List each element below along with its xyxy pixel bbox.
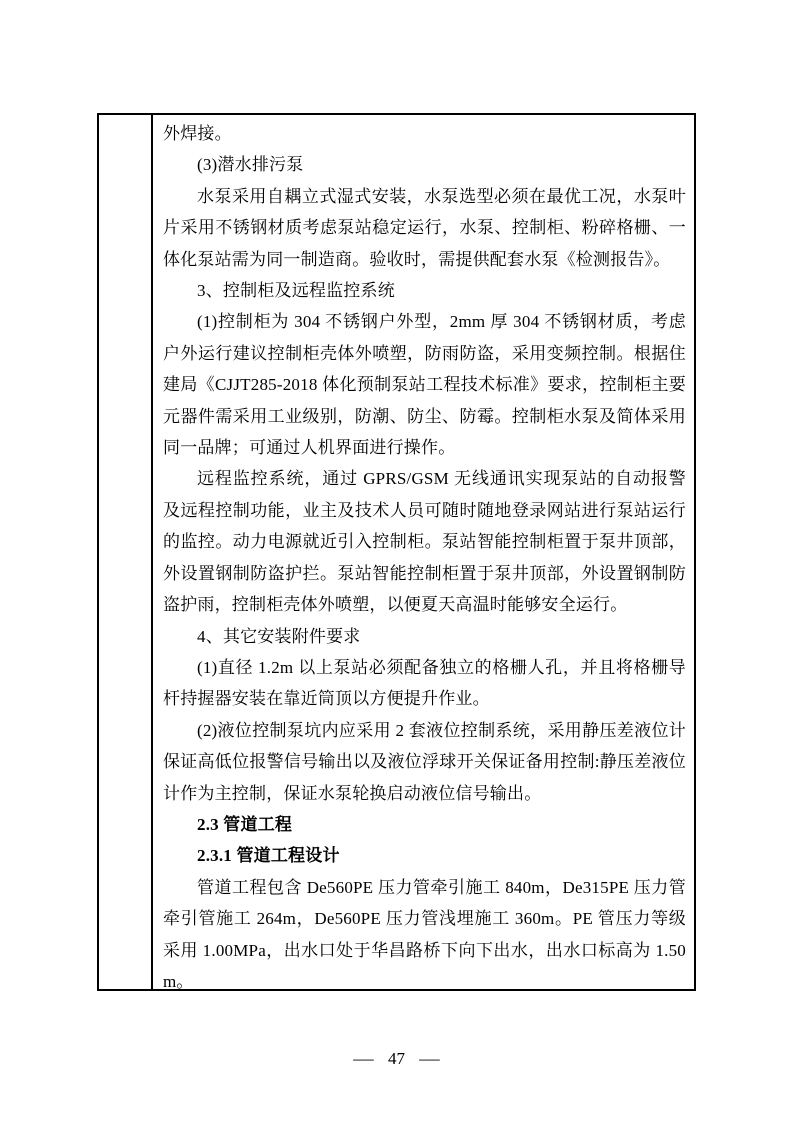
paragraph: 3、控制柜及远程监控系统 — [163, 275, 686, 306]
page: { "page": { "background": "#ffffff", "te… — [0, 0, 793, 1122]
table-content-cell: 外焊接。(3)潜水排污泵水泵采用自耦立式湿式安装，水泵选型必须在最优工况，水泵叶… — [153, 115, 694, 989]
page-footer: — 47 — — [0, 1049, 793, 1069]
paragraph: 2.3.1 管道工程设计 — [163, 840, 686, 871]
paragraph: (2)液位控制泵坑内应采用 2 套液位控制系统，采用静压差液位计保证高低位报警信… — [163, 715, 686, 809]
paragraph: 远程监控系统，通过 GPRS/GSM 无线通讯实现泵站的自动报警及远程控制功能，… — [163, 463, 686, 620]
document-table: 外焊接。(3)潜水排污泵水泵采用自耦立式湿式安装，水泵选型必须在最优工况，水泵叶… — [97, 113, 696, 991]
paragraph: (1)控制柜为 304 不锈钢户外型，2mm 厚 304 不锈钢材质，考虑户外运… — [163, 306, 686, 463]
paragraph: 管道工程包含 De560PE 压力管牵引施工 840m，De315PE 压力管牵… — [163, 872, 686, 989]
footer-dash-right: — — [419, 1049, 439, 1069]
paragraph: 水泵采用自耦立式湿式安装，水泵选型必须在最优工况，水泵叶片采用不锈钢材质考虑泵站… — [163, 181, 686, 275]
footer-dash-left: — — [353, 1049, 373, 1069]
paragraph: 2.3 管道工程 — [163, 809, 686, 840]
paragraph: (3)潜水排污泵 — [163, 149, 686, 180]
paragraph: 外焊接。 — [163, 118, 686, 149]
page-number: 47 — [388, 1049, 405, 1069]
paragraph: (1)直径 1.2m 以上泵站必须配备独立的格栅人孔，并且将格栅导杆持握器安装在… — [163, 652, 686, 715]
table-empty-gutter-cell — [99, 115, 153, 989]
paragraph: 4、其它安装附件要求 — [163, 621, 686, 652]
